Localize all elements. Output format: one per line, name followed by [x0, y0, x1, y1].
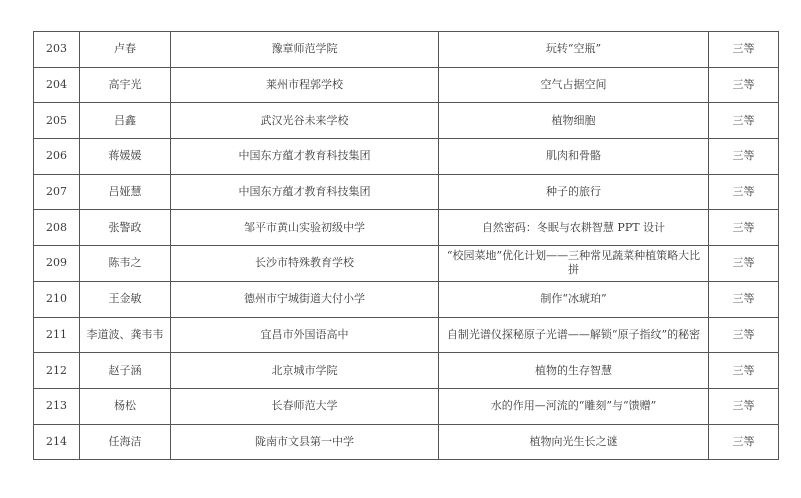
prize-level: 三等: [709, 210, 779, 246]
entry-number: 210: [34, 281, 80, 317]
author-name: 卢春: [80, 32, 171, 68]
table-row: 206 蒋媛媛 中国东方蕴才教育科技集团 肌肉和骨骼 三等: [34, 139, 779, 175]
school-name: 武汉光谷未来学校: [171, 103, 439, 139]
author-name: 吕鑫: [80, 103, 171, 139]
table-row: 214 任海洁 陇南市文县第一中学 植物向光生长之谜 三等: [34, 424, 779, 460]
school-name: 中国东方蕴才教育科技集团: [171, 174, 439, 210]
entry-number: 211: [34, 317, 80, 353]
work-title: 自制光谱仪探秘原子光谱——解锁“原子指纹”的秘密: [439, 317, 709, 353]
author-name: 吕娅慧: [80, 174, 171, 210]
work-title: 自然密码：冬眠与农耕智慧 PPT 设计: [439, 210, 709, 246]
table-row: 210 王金敏 德州市宁城街道大付小学 制作“冰琥珀” 三等: [34, 281, 779, 317]
work-title: 植物向光生长之谜: [439, 424, 709, 460]
entry-number: 214: [34, 424, 80, 460]
work-title: 种子的旅行: [439, 174, 709, 210]
work-title: 植物细胞: [439, 103, 709, 139]
school-name: 中国东方蕴才教育科技集团: [171, 139, 439, 175]
table-row: 203 卢春 豫章师范学院 玩转“空瓶” 三等: [34, 32, 779, 68]
prize-level: 三等: [709, 67, 779, 103]
work-title: “校园菜地”优化计划——三种常见蔬菜种植策略大比拼: [439, 246, 709, 282]
entry-number: 205: [34, 103, 80, 139]
prize-level: 三等: [709, 174, 779, 210]
school-name: 邹平市黄山实验初级中学: [171, 210, 439, 246]
author-name: 杨松: [80, 388, 171, 424]
school-name: 北京城市学院: [171, 353, 439, 389]
table-row: 211 李道波、龚韦韦 宜昌市外国语高中 自制光谱仪探秘原子光谱——解锁“原子指…: [34, 317, 779, 353]
prize-level: 三等: [709, 353, 779, 389]
author-name: 李道波、龚韦韦: [80, 317, 171, 353]
school-name: 宜昌市外国语高中: [171, 317, 439, 353]
awards-table: 203 卢春 豫章师范学院 玩转“空瓶” 三等 204 高宇光 莱州市程郭学校 …: [33, 31, 779, 460]
work-title: 植物的生存智慧: [439, 353, 709, 389]
work-title: 肌肉和骨骼: [439, 139, 709, 175]
author-name: 陈韦之: [80, 246, 171, 282]
school-name: 陇南市文县第一中学: [171, 424, 439, 460]
prize-level: 三等: [709, 246, 779, 282]
author-name: 高宇光: [80, 67, 171, 103]
table-row: 208 张警政 邹平市黄山实验初级中学 自然密码：冬眠与农耕智慧 PPT 设计 …: [34, 210, 779, 246]
school-name: 莱州市程郭学校: [171, 67, 439, 103]
table-row: 209 陈韦之 长沙市特殊教育学校 “校园菜地”优化计划——三种常见蔬菜种植策略…: [34, 246, 779, 282]
entry-number: 207: [34, 174, 80, 210]
table-row: 207 吕娅慧 中国东方蕴才教育科技集团 种子的旅行 三等: [34, 174, 779, 210]
awards-table-body: 203 卢春 豫章师范学院 玩转“空瓶” 三等 204 高宇光 莱州市程郭学校 …: [34, 32, 779, 460]
entry-number: 204: [34, 67, 80, 103]
entry-number: 206: [34, 139, 80, 175]
table-row: 213 杨松 长春师范大学 水的作用—河流的“雕刻”与“馈赠” 三等: [34, 388, 779, 424]
entry-number: 213: [34, 388, 80, 424]
prize-level: 三等: [709, 388, 779, 424]
author-name: 任海洁: [80, 424, 171, 460]
author-name: 蒋媛媛: [80, 139, 171, 175]
author-name: 张警政: [80, 210, 171, 246]
entry-number: 208: [34, 210, 80, 246]
table-row: 205 吕鑫 武汉光谷未来学校 植物细胞 三等: [34, 103, 779, 139]
school-name: 豫章师范学院: [171, 32, 439, 68]
prize-level: 三等: [709, 281, 779, 317]
work-title: 制作“冰琥珀”: [439, 281, 709, 317]
prize-level: 三等: [709, 103, 779, 139]
entry-number: 212: [34, 353, 80, 389]
work-title: 水的作用—河流的“雕刻”与“馈赠”: [439, 388, 709, 424]
author-name: 赵子涵: [80, 353, 171, 389]
work-title: 玩转“空瓶”: [439, 32, 709, 68]
table-row: 204 高宇光 莱州市程郭学校 空气占据空间 三等: [34, 67, 779, 103]
prize-level: 三等: [709, 32, 779, 68]
prize-level: 三等: [709, 139, 779, 175]
school-name: 长沙市特殊教育学校: [171, 246, 439, 282]
school-name: 长春师范大学: [171, 388, 439, 424]
author-name: 王金敏: [80, 281, 171, 317]
school-name: 德州市宁城街道大付小学: [171, 281, 439, 317]
entry-number: 209: [34, 246, 80, 282]
prize-level: 三等: [709, 424, 779, 460]
entry-number: 203: [34, 32, 80, 68]
prize-level: 三等: [709, 317, 779, 353]
table-row: 212 赵子涵 北京城市学院 植物的生存智慧 三等: [34, 353, 779, 389]
work-title: 空气占据空间: [439, 67, 709, 103]
